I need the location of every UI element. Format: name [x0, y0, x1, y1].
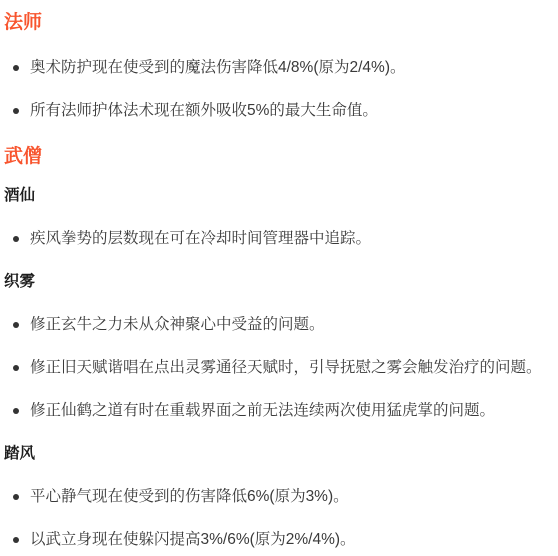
note-item: 以武立身现在使躲闪提高3%/6%(原为2%/4%)。	[4, 529, 550, 551]
note-item: 平心静气现在使受到的伤害降低6%(原为3%)。	[4, 486, 550, 508]
class-section-title: 武僧	[4, 143, 550, 170]
patch-notes-content: 法师奥术防护现在使受到的魔法伤害降低4/8%(原为2/4%)。所有法师护体法术现…	[4, 9, 550, 551]
spec-subtitle: 织雾	[4, 271, 550, 293]
note-item: 修正玄牛之力未从众神聚心中受益的问题。	[4, 314, 550, 336]
notes-list: 修正玄牛之力未从众神聚心中受益的问题。修正旧天赋谐唱在点出灵雾通径天赋时，引导抚…	[4, 314, 550, 422]
note-item: 修正仙鹤之道有时在重载界面之前无法连续两次使用猛虎掌的问题。	[4, 400, 550, 422]
patch-notes: 法师奥术防护现在使受到的魔法伤害降低4/8%(原为2/4%)。所有法师护体法术现…	[4, 9, 550, 551]
class-section-title: 法师	[4, 9, 550, 36]
note-item: 疾风拳势的层数现在可在冷却时间管理器中追踪。	[4, 228, 550, 250]
notes-list: 平心静气现在使受到的伤害降低6%(原为3%)。以武立身现在使躲闪提高3%/6%(…	[4, 486, 550, 551]
spec-subtitle: 酒仙	[4, 185, 550, 207]
notes-list: 奥术防护现在使受到的魔法伤害降低4/8%(原为2/4%)。所有法师护体法术现在额…	[4, 57, 550, 122]
notes-list: 疾风拳势的层数现在可在冷却时间管理器中追踪。	[4, 228, 550, 250]
note-item: 修正旧天赋谐唱在点出灵雾通径天赋时，引导抚慰之雾会触发治疗的问题。	[4, 357, 550, 379]
note-item: 奥术防护现在使受到的魔法伤害降低4/8%(原为2/4%)。	[4, 57, 550, 79]
spec-subtitle: 踏风	[4, 443, 550, 465]
note-item: 所有法师护体法术现在额外吸收5%的最大生命值。	[4, 100, 550, 122]
